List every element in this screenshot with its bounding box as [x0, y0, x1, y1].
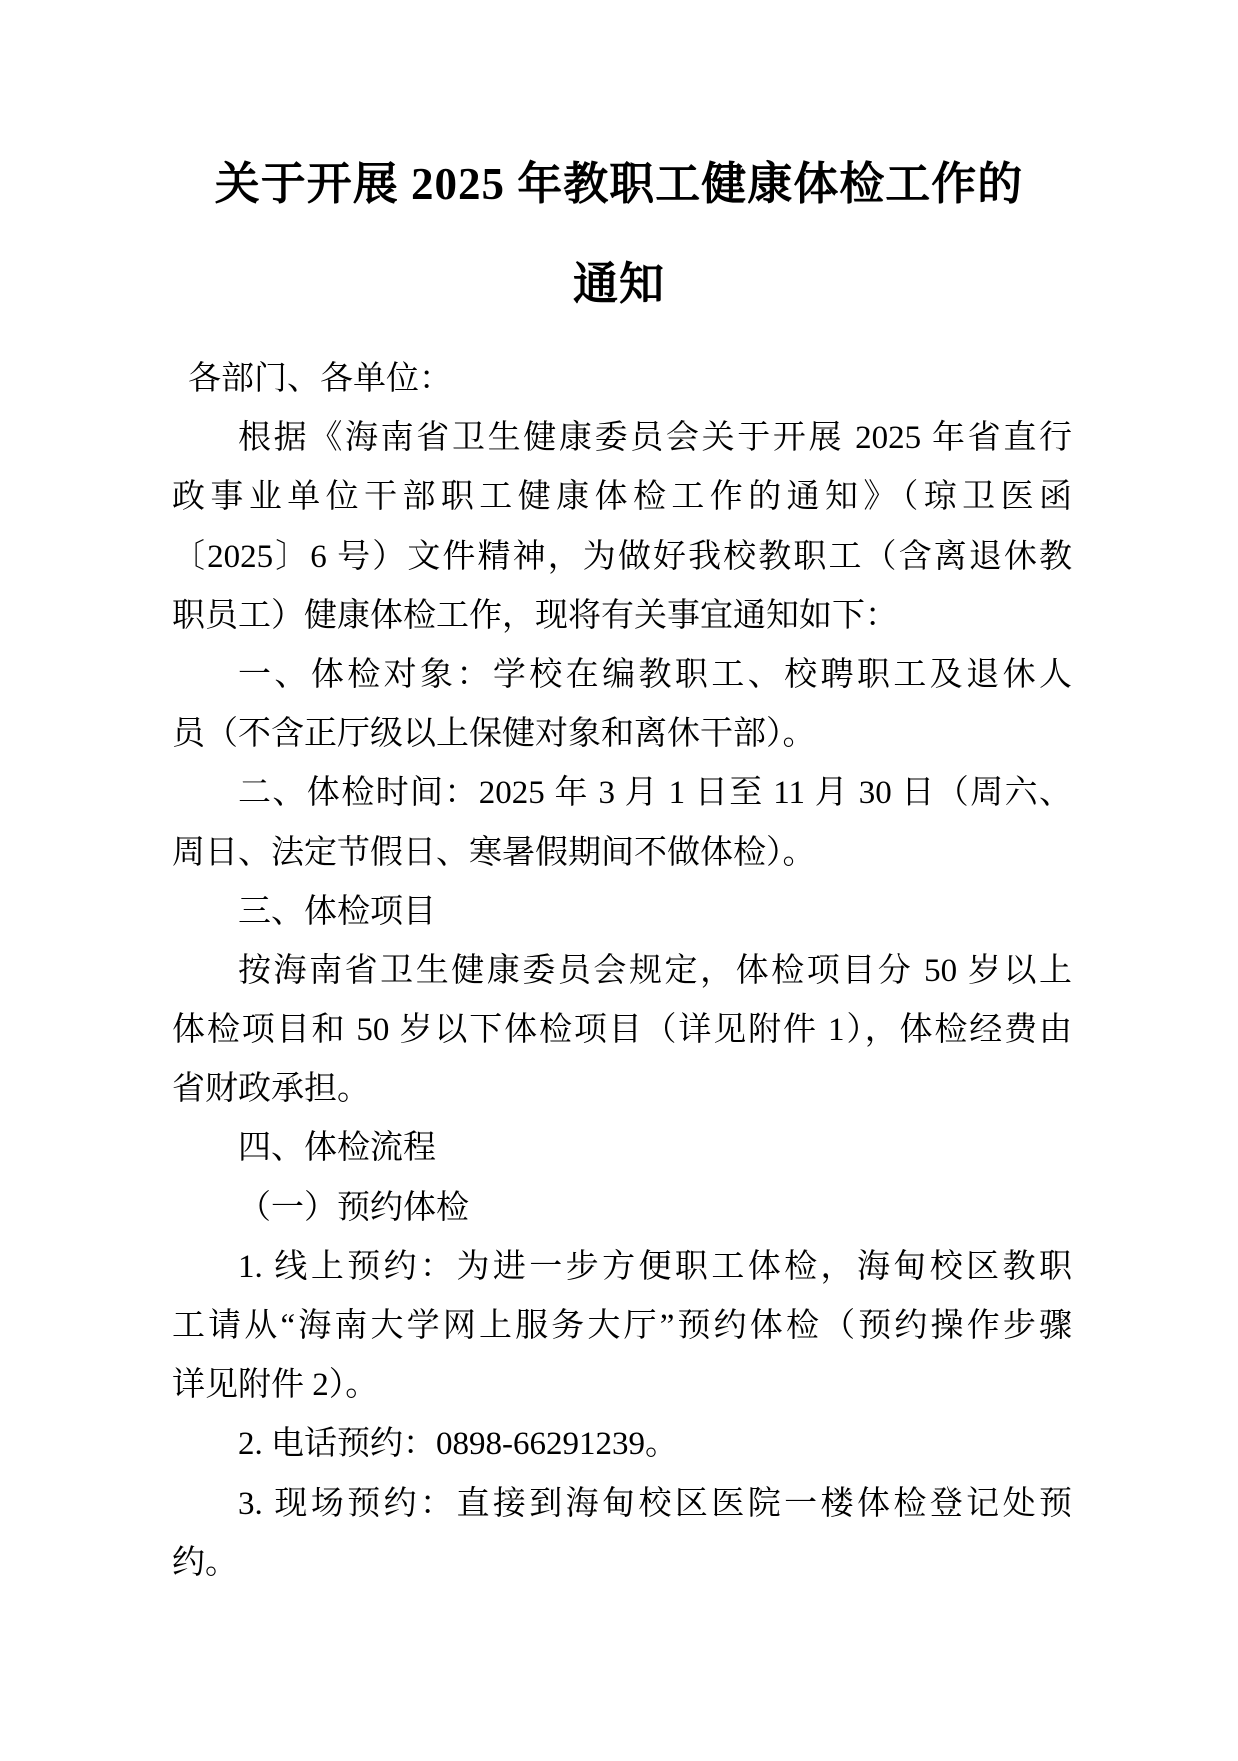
intro-line-4: 职员工）健康体检工作，现将有关事宜通知如下：: [172, 587, 1072, 646]
document-title-line-1: 关于开展 2025 年教职工健康体检工作的: [0, 160, 1238, 210]
section3-heading: 三、体检项目: [172, 883, 1072, 942]
section1-target-line-1: 一、体检对象：学校在编教职工、校聘职工及退休人: [172, 646, 1072, 705]
booking-phone-line: 2. 电话预约：0898-66291239。: [172, 1415, 1072, 1474]
notice-document-page: 关于开展 2025 年教职工健康体检工作的 通知 各部门、各单位： 根据《海南省…: [0, 0, 1238, 1761]
document-title-line-2: 通知: [0, 260, 1238, 310]
salutation-line: 各部门、各单位：: [172, 350, 1072, 409]
section3-items-line-1: 按海南省卫生健康委员会规定，体检项目分 50 岁以上: [172, 942, 1072, 1001]
section1-target-line-2: 员（不含正厅级以上保健对象和离休干部）。: [172, 705, 1072, 764]
section4-sub1-heading: （一）预约体检: [172, 1179, 1072, 1238]
booking-online-line-1: 1. 线上预约：为进一步方便职工体检，海甸校区教职: [172, 1238, 1072, 1297]
booking-online-line-2: 工请从“海南大学网上服务大厅”预约体检（预约操作步骤: [172, 1297, 1072, 1356]
intro-line-1: 根据《海南省卫生健康委员会关于开展 2025 年省直行: [172, 409, 1072, 468]
document-body: 各部门、各单位： 根据《海南省卫生健康委员会关于开展 2025 年省直行 政事业…: [172, 350, 1072, 1593]
booking-online-line-3: 详见附件 2）。: [172, 1356, 1072, 1415]
intro-line-3: 〔2025〕6 号）文件精神，为做好我校教职工（含离退休教: [172, 528, 1072, 587]
booking-onsite-line-1: 3. 现场预约：直接到海甸校区医院一楼体检登记处预: [172, 1475, 1072, 1534]
booking-onsite-line-2: 约。: [172, 1534, 1072, 1593]
intro-line-2: 政事业单位干部职工健康体检工作的通知》（琼卫医函: [172, 468, 1072, 527]
section2-time-line-1: 二、体检时间：2025 年 3 月 1 日至 11 月 30 日（周六、: [172, 764, 1072, 823]
section3-items-line-2: 体检项目和 50 岁以下体检项目（详见附件 1），体检经费由: [172, 1001, 1072, 1060]
section4-heading: 四、体检流程: [172, 1119, 1072, 1178]
section3-items-line-3: 省财政承担。: [172, 1060, 1072, 1119]
section2-time-line-2: 周日、法定节假日、寒暑假期间不做体检）。: [172, 824, 1072, 883]
